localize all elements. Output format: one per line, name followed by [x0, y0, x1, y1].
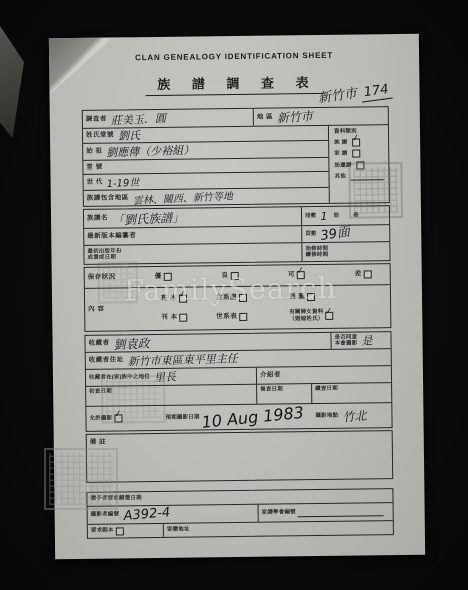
- genealogy-title-cell: 族譜名 「劉氏族譜」: [84, 207, 302, 228]
- coverage-label: 族譜包含地區: [87, 194, 129, 202]
- position-cell: 收藏者在(家)族中之地位 里長: [86, 368, 257, 386]
- volumes-unit: 冊: [333, 213, 339, 219]
- generations-label: 世 代: [87, 178, 103, 186]
- holder-label: 收藏者: [89, 340, 110, 348]
- address-value: 新竹市東區東平里主任: [128, 350, 238, 369]
- location-value: 竹北: [342, 406, 367, 425]
- checkbox-excellent: [164, 273, 172, 281]
- second-survey-label: 複查日期: [260, 386, 283, 393]
- content-genealogy-table: 世系表: [216, 312, 289, 321]
- coverage-value: 雲林、關西、新竹等地: [132, 187, 233, 207]
- identification-body: 姓氏堂號 劉氏 始 祖 劉應傳（少裕組） 堂 號: [83, 125, 389, 206]
- category-header: 資料類別: [334, 128, 385, 135]
- english-header: CLAN GENEALOGY IDENTIFICATION SHEET: [49, 50, 419, 64]
- consent-label-line2: 本會攝影: [335, 341, 358, 348]
- content-illustrations: 插 圖: [289, 293, 315, 301]
- category-option-family: 家 譜: [334, 149, 385, 158]
- checkbox-manuscript: ✓: [179, 295, 187, 303]
- checkbox-printed: [180, 313, 188, 321]
- society-no-label: 家譜學會編號: [262, 510, 296, 517]
- holder-value: 劉袁政: [113, 334, 150, 353]
- pages-cell: 頁數 39面: [302, 225, 389, 242]
- ancestor-value: 劉應傳（少裕組）: [106, 142, 194, 161]
- surname-label: 姓氏堂號: [86, 132, 114, 140]
- generations-value: 1-19世: [107, 174, 140, 191]
- checkbox-clan-genealogy: ✓: [352, 138, 360, 146]
- expected-date-label: 預期攝影日期: [165, 414, 199, 421]
- society-no-blank: [298, 508, 384, 517]
- annotation-number: 174: [360, 82, 393, 103]
- remarks-cell: 備 註: [87, 431, 393, 482]
- checkbox-genealogy-table: [239, 312, 247, 320]
- address-label: 收藏者住址: [89, 357, 124, 365]
- condition-content-box: 保存狀況 優 良 可 ✓ 差: [84, 263, 392, 332]
- content-label-cell: 內 容: [85, 288, 144, 331]
- surveyor-cell: 調查者 莊美玉．圓: [83, 109, 254, 128]
- holder-cell: 收藏者 劉袁政: [85, 333, 331, 352]
- expected-date-value: 10 Aug 1983: [201, 402, 305, 431]
- checkbox-illustrations: [307, 293, 315, 301]
- surveyor-value: 莊美玉．圓: [110, 109, 166, 128]
- checkbox-copy-request: [116, 527, 124, 535]
- second-survey-cell: 複查日期: [257, 384, 312, 404]
- mailing-cell: 寄贈地址: [164, 521, 393, 537]
- checkbox-permission: ✓: [114, 414, 122, 422]
- condition-good: 良: [221, 272, 238, 280]
- category-option-other: 其他: [334, 172, 385, 181]
- photographer-no-value: A392-4: [123, 505, 171, 524]
- category-column: 資料類別 族 譜 ✓ 家 譜 始遷譜 其他: [329, 125, 389, 203]
- form-title-text: 族 譜 調 查 表: [145, 72, 324, 96]
- location-label: 攝影地點: [315, 413, 338, 420]
- introducer-label: 介紹者: [260, 372, 281, 380]
- condition-poor: 差: [355, 270, 372, 278]
- hall-label: 堂 號: [86, 163, 102, 171]
- consent-cell: 是否同意 本會攝影 是: [331, 332, 390, 349]
- identification-left-col: 姓氏堂號 劉氏 始 祖 劉應傳（少裕組） 堂 號: [83, 126, 330, 206]
- content-options-row1: 寫 本 ✓ 世系圖 插 圖: [161, 292, 384, 303]
- category-option-clan: 族 譜 ✓: [334, 138, 385, 147]
- area-label: 地 區: [257, 113, 273, 121]
- photographer-no-label: 攝影者編號: [91, 512, 120, 519]
- permission-cell: 允許攝影 ✓: [86, 406, 162, 431]
- surveyor-label: 調查者: [86, 115, 107, 123]
- checkbox-poor: [364, 270, 372, 278]
- genealogy-title-label: 族譜名: [87, 215, 108, 223]
- condition-label-cell: 保存狀況: [85, 267, 143, 288]
- surname-value: 劉氏: [118, 127, 140, 143]
- introducer-cell: 介紹者: [257, 366, 391, 384]
- checkbox-family-genealogy: [352, 150, 360, 158]
- genealogy-title-value: 「劉氏族譜」: [112, 208, 185, 228]
- position-value: 里長: [154, 368, 177, 385]
- copy-request-row: 要求副本 寄贈地址: [88, 521, 393, 538]
- compiler-label: 最新版本編纂者: [87, 232, 136, 240]
- copy-request-cell: 要求副本: [88, 524, 164, 538]
- content-row: 內 容 寫 本 ✓ 世系圖 插 圖: [85, 285, 390, 331]
- expected-date-cell: 預期攝影日期 10 Aug 1983: [162, 404, 312, 430]
- content-manuscript: 寫 本 ✓: [161, 294, 216, 303]
- numbering-box: 贈予者要求歸還日期 攝影者編號 A392-4 家譜學會編號 要求副本 寄贈地址: [86, 488, 394, 539]
- remarks-label: 備 註: [90, 439, 106, 447]
- content-options: 寫 本 ✓ 世系圖 插 圖 刊 本: [143, 285, 390, 330]
- women-label-line2: （婚嫁姓氏）: [289, 316, 323, 323]
- publication-label-line2: 成書或日期: [87, 254, 121, 261]
- coverage-row: 族譜包含地區 雲林、關西、新竹等地: [84, 188, 329, 206]
- condition-label: 保存狀況: [88, 274, 116, 282]
- other-label: 其他: [335, 174, 346, 180]
- followup-label: 續查日期: [315, 386, 338, 393]
- volumes-unit2: 卷: [353, 212, 359, 218]
- category-option-migration: 始遷譜: [334, 161, 385, 170]
- pages-label: 頁數: [305, 231, 316, 237]
- holder-box: 收藏者 劉袁政 是否同意 本會攝影 是 收藏者住址 新竹市東區東平里主任 收藏者…: [84, 331, 392, 432]
- other-blank-line: [351, 173, 384, 181]
- content-label: 內 容: [88, 306, 104, 314]
- content-options-row2: 刊 本 世系表 有關婦女資料 （婚嫁姓氏） ✓: [161, 308, 384, 323]
- followup-cell: 續查日期: [312, 383, 391, 403]
- area-cell: 地 區 新竹市: [254, 107, 388, 126]
- condition-excellent: 優: [155, 273, 172, 281]
- copy-request-label: 要求副本: [91, 528, 114, 535]
- photographer-no-cell: 攝影者編號 A392-4: [88, 505, 259, 524]
- position-label: 收藏者在(家)族中之地位: [89, 374, 150, 381]
- checkbox-migration-genealogy: [356, 161, 364, 169]
- checkbox-good: [230, 272, 238, 280]
- checkbox-fair: ✓: [297, 271, 305, 279]
- content-women-data: 有關婦女資料 （婚嫁姓氏） ✓: [289, 309, 333, 322]
- identification-box: 調查者 莊美玉．圓 地 區 新竹市 姓氏堂號 劉氏 始 祖: [82, 106, 390, 207]
- first-survey-cell: 初查日期: [86, 385, 257, 406]
- remarks-row: 備 註: [87, 431, 393, 482]
- publication-cell: 最初出版年份 成書或日期: [84, 243, 302, 264]
- condition-fair: 可 ✓: [288, 271, 305, 279]
- return-date-label: 贈予者要求歸還日期: [90, 496, 141, 503]
- annotation-place: 新竹市: [317, 86, 358, 106]
- revision-cell: 始修時間 續修時間: [302, 242, 389, 261]
- first-survey-label: 初查日期: [89, 389, 112, 396]
- checkbox-pedigree-chart: [239, 294, 247, 302]
- pages-value: 39面: [319, 220, 351, 243]
- volumes-label: 冊數: [305, 213, 316, 219]
- revision-label-line2: 續修時間: [305, 252, 328, 259]
- checkbox-women-data: ✓: [325, 311, 333, 319]
- society-no-cell: 家譜學會編號: [259, 503, 393, 522]
- compiler-cell: 最新版本編纂者: [84, 226, 302, 245]
- title-volume-box: 族譜名 「劉氏族譜」 冊數 1 冊 卷 最新版本編纂者 頁數 39面: [83, 205, 391, 265]
- permission-label: 允許攝影: [89, 415, 112, 422]
- ancestor-label: 始 祖: [86, 148, 102, 156]
- photography-row: 允許攝影 ✓ 預期攝影日期 10 Aug 1983 攝影地點 竹北: [86, 403, 391, 431]
- area-value: 新竹市: [277, 107, 314, 126]
- remarks-box: 備 註: [86, 430, 394, 483]
- scanned-form-page: CLAN GENEALOGY IDENTIFICATION SHEET 族 譜 …: [49, 34, 425, 559]
- consent-value: 是: [361, 332, 373, 349]
- location-cell: 攝影地點 竹北: [312, 403, 391, 428]
- condition-options: 優 良 可 ✓ 差: [143, 264, 390, 287]
- mailing-label: 寄贈地址: [167, 527, 190, 534]
- volumes-value: 1: [320, 209, 327, 222]
- content-pedigree-chart: 世系圖: [216, 293, 289, 302]
- content-printed: 刊 本: [161, 313, 216, 322]
- publication-row: 最初出版年份 成書或日期 始修時間 續修時間: [84, 242, 389, 264]
